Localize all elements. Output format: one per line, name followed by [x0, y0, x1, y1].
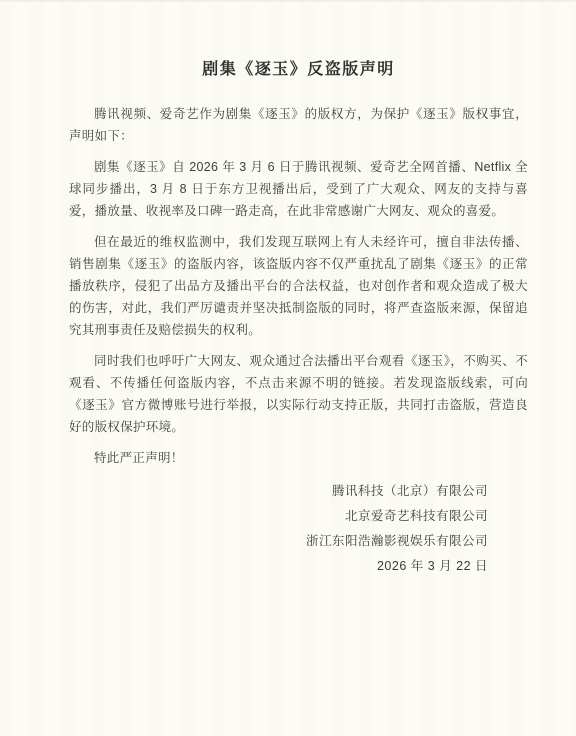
- signatory-company-iqiyi: 北京爱奇艺科技有限公司: [69, 504, 488, 529]
- statement-appeal-paragraph: 同时我们也呼吁广大网友、观众通过合法播出平台观看《逐玉》，不购买、不观看、不传播…: [69, 350, 528, 438]
- statement-broadcast-paragraph: 剧集《逐玉》自 2026 年 3 月 6 日于腾讯视频、爱奇艺全网首播、Netf…: [69, 156, 528, 222]
- statement-content: 剧集《逐玉》反盗版声明 腾讯视频、爱奇艺作为剧集《逐玉》的版权方，为保护《逐玉》…: [0, 2, 576, 579]
- statement-closing-line: 特此严正声明！: [69, 447, 528, 469]
- signature-block: 腾讯科技（北京）有限公司 北京爱奇艺科技有限公司 浙江东阳浩瀚影视娱乐有限公司 …: [69, 479, 488, 579]
- statement-intro-paragraph: 腾讯视频、爱奇艺作为剧集《逐玉》的版权方，为保护《逐玉》版权事宜，声明如下：: [69, 103, 528, 147]
- signatory-company-tencent: 腾讯科技（北京）有限公司: [69, 479, 488, 504]
- statement-date: 2026 年 3 月 22 日: [69, 554, 488, 579]
- statement-page: 剧集《逐玉》反盗版声明 腾讯视频、爱奇艺作为剧集《逐玉》的版权方，为保护《逐玉》…: [0, 0, 576, 736]
- signatory-company-haohan: 浙江东阳浩瀚影视娱乐有限公司: [69, 529, 488, 554]
- statement-piracy-condemnation-paragraph: 但在最近的维权监测中，我们发现互联网上有人未经许可，擅自非法传播、销售剧集《逐玉…: [69, 231, 528, 341]
- statement-title: 剧集《逐玉》反盗版声明: [69, 56, 528, 79]
